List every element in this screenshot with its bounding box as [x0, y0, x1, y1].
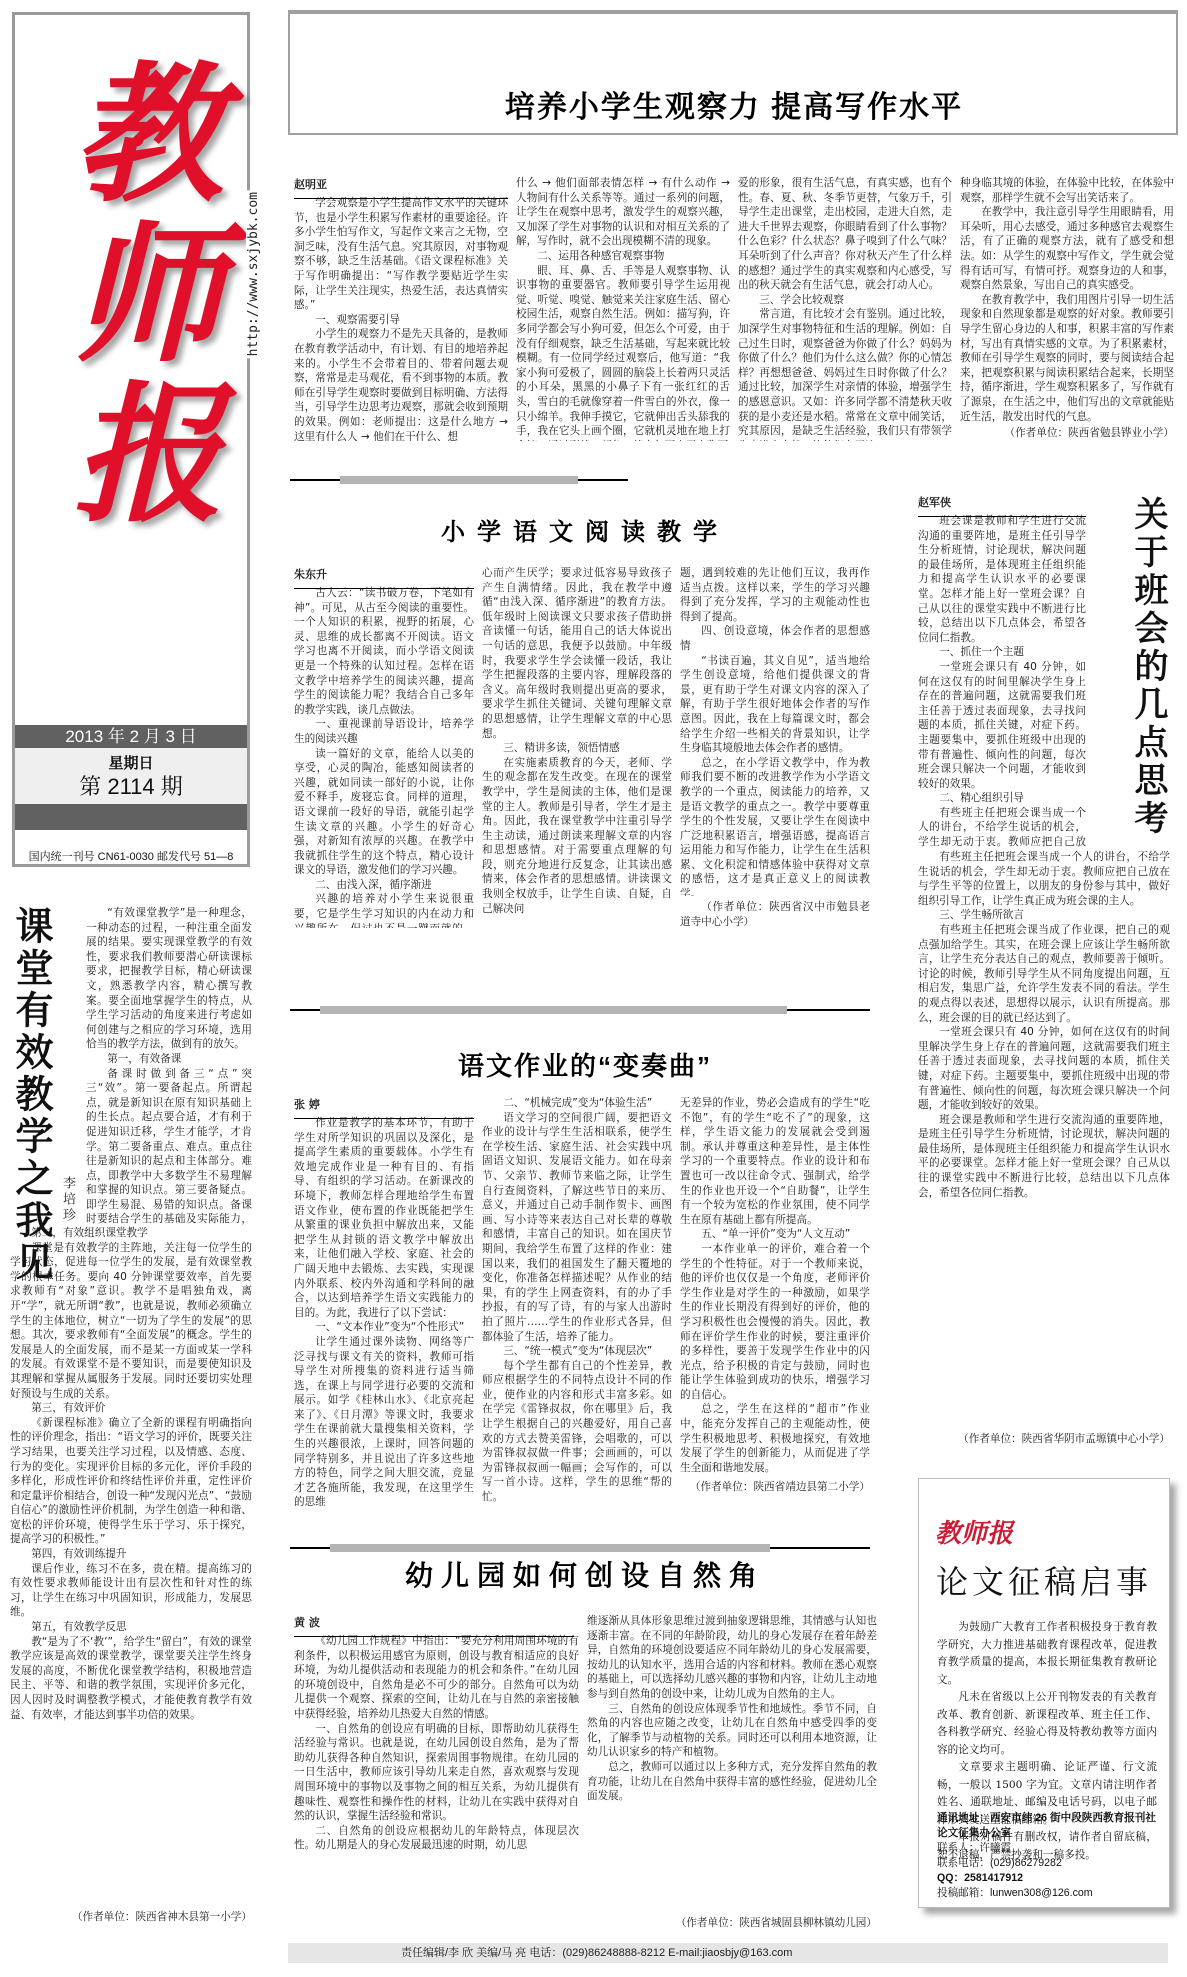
- notice-contact: 通讯地址：西安市纬 26 街中段陕西教育报刊社论文征集办公室 联系人：许曦霞 联…: [937, 1811, 1159, 1901]
- section-heading: 二、运用各种感官观察事物: [516, 249, 730, 264]
- article-column-3: 爱的形象，很有生活气息，有真实感，也有个性。春、夏、秋、冬季节更替，气象万千，引…: [738, 176, 952, 441]
- notice-title: 论文征稿启事: [919, 1557, 1169, 1603]
- divider: [330, 1544, 770, 1552]
- paragraph: 总之，教师可以通过以上多种方式，充分发挥自然角的教育功能，让幼儿在自然角中获得丰…: [587, 1760, 877, 1804]
- section-heading: 五、“单一评价”变为“人文互动”: [680, 1227, 870, 1242]
- paragraph: 班会课是教师和学生进行交流沟通的重要阵地，是班主任引导学生分析班情，讨论现状，解…: [918, 1113, 1170, 1201]
- article-title-kindergarten: 幼儿园如何创设自然角: [290, 1554, 880, 1594]
- article-credit-effective-teaching: （作者单位：陕西省神木县第一小学）: [10, 1910, 252, 1926]
- paragraph: 《幼儿园工作规程》中指出：“要充分利用周围环境的有利条件，以积极运用感官为原则，…: [294, 1634, 579, 1722]
- call-for-papers-notice: 教师报 论文征稿启事 为鼓励广大教育工作者积极投身于教育教学研究，大力推进基础教…: [918, 1478, 1170, 1908]
- paragraph: 作业是教学的基本环节，有助于学生对所学知识的巩固以及深化，是提高学生素质的重要载…: [294, 1116, 474, 1320]
- issue-date: 2013 年 2 月 3 日: [15, 725, 247, 748]
- paragraph: 凡未在省级以上公开刊物发表的有关教育改革、教育创新、新课程改革、班主任工作、各科…: [937, 1689, 1157, 1759]
- section-heading: 三、学生畅所欲言: [918, 908, 1170, 923]
- paragraph: 什么 → 他们面部表情怎样 → 有什么动作 → 人物间有什么关系等等。通过一系列…: [516, 176, 730, 249]
- notice-logo: 教师报: [935, 1513, 1013, 1550]
- paragraph: “书读百遍，其义自见”，适当地给学生创设意境，给他们提供课文的背景，更有助于学生…: [680, 654, 870, 756]
- article-title-class-meeting: 关于班会的几点思考: [1124, 496, 1172, 838]
- paragraph: 一堂班会课只有 40 分钟，如何在这仅有的时间里解决学生身上存在的普遍问题，这就…: [918, 1025, 1170, 1113]
- paragraph: 总之，学生在这样的“超市”作业中，能充分发挥自己的主观能动性，使学生积极地思考、…: [680, 1402, 870, 1475]
- section-heading: 第三，有效评价: [10, 1401, 252, 1416]
- website-url[interactable]: http://www.sxjybk.com: [246, 190, 261, 358]
- section-heading: 一、“文本作业”变为“个性形式”: [294, 1320, 474, 1335]
- paragraph: 学会观察是小学生提高作文水平的关键环节，也是小学生积累写作素材的重要途径。许多小…: [294, 196, 508, 313]
- paragraph: 让学生通过课外读物、网络等广泛寻找与课文有关的资料，教师可指导学生对所搜集的资料…: [294, 1335, 474, 1510]
- paragraph: 总之，在小学语文教学中，作为教师我们要不断的改进教学作为小学语文教学的一个重点，…: [680, 756, 870, 896]
- paragraph: 《新课程标准》确立了全新的课程有明确指向性的评价理念，指出：“语文学习的评价，既…: [10, 1416, 252, 1547]
- divider: [770, 1547, 870, 1549]
- paragraph: 课堂是有效教学的主阵地，关注每一位学生的学习状态，促进每一位学生的发展，是有效课…: [10, 1241, 252, 1402]
- article-column-1: 《幼儿园工作规程》中指出：“要充分利用周围环境的有利条件，以积极运用感官为原则，…: [294, 1634, 579, 1932]
- paragraph: 心而产生厌学；要求过低容易导致孩子产生自满情绪。因此，我在教学中遵循“由浅入深、…: [482, 566, 672, 741]
- section-heading: 三、“统一模式”变为“体现层次”: [482, 1344, 672, 1359]
- paragraph: 一堂班会课只有 40 分钟，如何在这仅有的时间里解决学生身上存在的普遍问题，这就…: [918, 660, 1086, 791]
- article-column-2: 有些班主任把班会课当成一个人的讲台，不给学生说话的机会，学生却无动于衷。教师应把…: [918, 850, 1170, 1430]
- divider: [290, 1009, 320, 1011]
- article-credit-kindergarten: （作者单位：陕西省城固县柳林镇幼儿园）: [587, 1916, 877, 1932]
- contact-qq: QQ：2581417912: [937, 1871, 1159, 1886]
- paragraph: 每个学生都有自己的个性差异，教师应根据学生的不同特点设计不同的作业，使作业的内容…: [482, 1359, 672, 1504]
- article-column-1: 作业是教学的基本环节，有助于学生对所学知识的巩固以及深化，是提高学生素质的重要载…: [294, 1116, 474, 1516]
- paragraph: 语文学习的空间很广阔，要把语文作业的设计与学生生活相联系，使学生在学校生活、家庭…: [482, 1111, 672, 1345]
- article-title-reading: 小学语文阅读教学: [290, 512, 880, 547]
- paragraph: 教“是为了不‘教’”，给学生“留白”，有效的课堂教学应该是高效的课堂教学，课堂要…: [10, 1635, 252, 1723]
- issue-number: 第 2114 期: [15, 774, 247, 800]
- paragraph: 课后作业，练习不在多，贵在精。提高练习的有效性要求教师能设计出有层次性和针对性的…: [10, 1562, 252, 1620]
- paragraph: 有些班主任把班会课当成了作业课，把自己的观点强加给学生。其实，在班会课上应该让学…: [918, 923, 1170, 1025]
- paragraph: 兴趣的培养对小学生来说很重要，它是学生学习知识的内在动力和兴趣所在。但过也不是一…: [294, 892, 474, 928]
- article-column-1: 班会课是教师和学生进行交流沟通的重要阵地，是班主任引导学生分析班情，讨论现状，解…: [918, 514, 1086, 849]
- section-heading: 二、由浅入深，循序渐进: [294, 878, 474, 893]
- article-column-1: “有效课堂教学”是一种理念，一种动态的过程，一种注重全面发展的结果。要实现课堂教…: [86, 906, 252, 1226]
- section-heading: 第四，有效训练提升: [10, 1547, 252, 1562]
- page-footer: 责任编辑/李 欣 美编/马 亮 电话：(029)86248888-8212 E-…: [288, 1943, 1168, 1963]
- paragraph: 读一篇好的文章，能给人以美的享受，心灵的陶冶，能感知阅读者的兴趣，就如同读一部好…: [294, 747, 474, 878]
- section-heading: 四、创设意境，体会作者的思想感情: [680, 624, 870, 653]
- article-column-2: 二、“机械完成”变为“体验生活” 语文学习的空间很广阔，要把语文作业的设计与学生…: [482, 1096, 672, 1504]
- section-heading: 第一，有效备课: [86, 1052, 252, 1067]
- section-heading: 三、学会比较观察: [738, 293, 952, 308]
- paragraph: 种身临其境的体验，在体验中比较，在体验中观察，那样学生就不会写出笑话来了。: [960, 176, 1174, 205]
- paragraph: 在教学中，我注意引导学生用眼睛看，用耳朵听，用心去感受，通过多种感官去观察生活，…: [960, 205, 1174, 293]
- article-credit-observation: （作者单位：陕西省勉县铧业小学）: [960, 426, 1174, 442]
- divider: [290, 1547, 330, 1549]
- article-title-observation: 培养小学生观察力 提高写作水平: [290, 82, 1178, 126]
- section-heading: 二、精心组织引导: [918, 791, 1086, 806]
- address-label: 通讯地址：: [937, 1812, 990, 1824]
- section-heading: 一、重视课前导语设计，培养学生的阅读兴趣: [294, 717, 474, 746]
- paragraph: 在教育教学中，我们用图片引导一切生活现象和自然现象都是观察的好对象。教师要引导学…: [960, 293, 1174, 424]
- paragraph: 一本作业单一的评价，难合着一个学生的个性特征。对于一个教师来说，他的评价也仅仅是…: [680, 1242, 870, 1403]
- paragraph: 二、自然角的创设应根据幼儿的年龄特点，体现层次性。幼儿期是人的身心发展最迅速的时…: [294, 1824, 579, 1853]
- paragraph: 古人云：“读书破万卷，下笔如有神”。可见，从古至今阅读的重要性。一个人知识的积累…: [294, 586, 474, 717]
- issue-day-box: 星期日 第 2114 期: [15, 748, 247, 804]
- article-credit-homework: （作者单位：陕西省靖边县第二小学）: [680, 1480, 870, 1496]
- section-heading: 一、抓住一个主题: [918, 645, 1086, 660]
- article-column-3: 无差异的作业，势必会造成有的学生“吃不饱”，有的学生“吃不了”的现象，这样，学生…: [680, 1096, 870, 1476]
- article-column-4: 种身临其境的体验，在体验中比较，在体验中观察，那样学生就不会写出笑话来了。 在教…: [960, 176, 1174, 424]
- paragraph: 爱的形象，很有生活气息，有真实感，也有个性。春、夏、秋、冬季节更替，气象万千，引…: [738, 176, 952, 293]
- masthead-divider-band: [15, 804, 247, 830]
- article-column-1: 学会观察是小学生提高作文水平的关键环节，也是小学生积累写作素材的重要途径。许多小…: [294, 196, 508, 441]
- registration-code: 国内统一刊号 CN61-0030 邮发代号 51—8: [15, 848, 247, 864]
- paragraph: 备课时做到备三“点”突三“效”。第一要备起点。所谓起点，就是新知识在原有知识基础…: [86, 1067, 252, 1226]
- paragraph: 为鼓励广大教育工作者积极投身于教育教学研究，大力推进基础教育课程改革，促进教育教…: [937, 1619, 1157, 1689]
- paragraph: 在实施素质教育的今天，老师、学生的观念都在发生改变。在现在的课堂教学中，学生是阅…: [482, 756, 672, 917]
- article-column-2: 第二，有效组织课堂教学 课堂是有效教学的主阵地，关注每一位学生的学习状态，促进每…: [10, 1226, 252, 1876]
- paragraph: 题，遇到较难的先让他们互议，我再作适当点拨。这样以来，学生的学习兴趣得到了充分发…: [680, 566, 870, 624]
- paragraph: 眼、耳、鼻、舌、手等是人观察事物、认识事物的重要器官。教师要引导学生运用视觉、听…: [516, 264, 730, 441]
- newspaper-logo: 教师报: [35, 55, 225, 535]
- divider: [340, 476, 578, 484]
- section-heading: 第二，有效组织课堂教学: [10, 1226, 252, 1241]
- section-heading: 三、精讲多读，领悟情感: [482, 741, 672, 756]
- paragraph: 常言道，有比较才会有鉴别。通过比较，加深学生对事物特征和生活的理解。例如：自己过…: [738, 307, 952, 441]
- article-column-3: 题，遇到较难的先让他们互议，我再作适当点拨。这样以来，学生的学习兴趣得到了充分发…: [680, 566, 870, 896]
- contact-email[interactable]: 投稿邮箱：lunwen308@126.com: [937, 1886, 1159, 1901]
- paragraph: 有些班主任把班会课当成一个人的讲台，不给学生说话的机会，学生却无动于衷。教师应把…: [918, 850, 1170, 908]
- section-heading: 第五，有效教学反思: [10, 1620, 252, 1635]
- paragraph: 小学生的观察力不是先天具备的，是教师在教育教学活动中，有计划、有目的地培养起来的…: [294, 327, 508, 441]
- article-title-homework: 语文作业的“变奏曲”: [290, 1046, 880, 1083]
- article-credit-reading: （作者单位：陕西省汉中市勉县老道寺中心小学）: [680, 900, 870, 932]
- paragraph: 班会课是教师和学生进行交流沟通的重要阵地，是班主任引导学生分析班情，讨论现状，解…: [918, 514, 1086, 645]
- paragraph: 维逐渐从具体形象思维过渡到抽象逻辑思维，其情感与认知也逐渐丰富。在不同的年龄阶段…: [587, 1614, 877, 1702]
- divider: [320, 1006, 787, 1014]
- article-author-effective-teaching: 李培珍: [58, 1176, 77, 1224]
- contact-phone: 联系电话：(029)86279282: [937, 1856, 1159, 1871]
- paragraph: 一、自然角的创设应有明确的目标，即帮助幼儿获得生活经验与常识。也就是说，在幼儿园…: [294, 1722, 579, 1824]
- article-column-2: 什么 → 他们面部表情怎样 → 有什么动作 → 人物间有什么关系等等。通过一系列…: [516, 176, 730, 441]
- paragraph: 有些班主任把班会课当成一个人的讲台，不给学生说话的机会，学生却无动于衷。教师应把…: [918, 806, 1086, 849]
- masthead: 教师报 2013 年 2 月 3 日 星期日 第 2114 期 国内统一刊号 C…: [12, 12, 250, 867]
- paragraph: “有效课堂教学”是一种理念，一种动态的过程，一种注重全面发展的结果。要实现课堂教…: [86, 906, 252, 1052]
- article-column-2: 心而产生厌学；要求过低容易导致孩子产生自满情绪。因此，我在教学中遵循“由浅入深、…: [482, 566, 672, 928]
- section-heading: 二、“机械完成”变为“体验生活”: [482, 1096, 672, 1111]
- divider: [290, 479, 340, 481]
- paragraph: 三、自然角的创设应体现季节性和地域性。季节不同，自然角的内容也应随之改变，让幼儿…: [587, 1702, 877, 1760]
- article-credit-class-meeting: （作者单位：陕西省华阴市孟塬镇中心小学）: [918, 1432, 1170, 1448]
- issue-weekday: 星期日: [15, 748, 247, 774]
- section-heading: 一、观察需要引导: [294, 313, 508, 328]
- divider: [787, 1009, 870, 1011]
- contact-person: 联系人：许曦霞: [937, 1841, 1159, 1856]
- paragraph: 无差异的作业，势必会造成有的学生“吃不饱”，有的学生“吃不了”的现象，这样，学生…: [680, 1096, 870, 1227]
- article-column-2: 维逐渐从具体形象思维过渡到抽象逻辑思维，其情感与认知也逐渐丰富。在不同的年龄阶段…: [587, 1614, 877, 1914]
- article-column-1: 古人云：“读书破万卷，下笔如有神”。可见，从古至今阅读的重要性。一个人知识的积累…: [294, 586, 474, 928]
- divider: [578, 479, 628, 481]
